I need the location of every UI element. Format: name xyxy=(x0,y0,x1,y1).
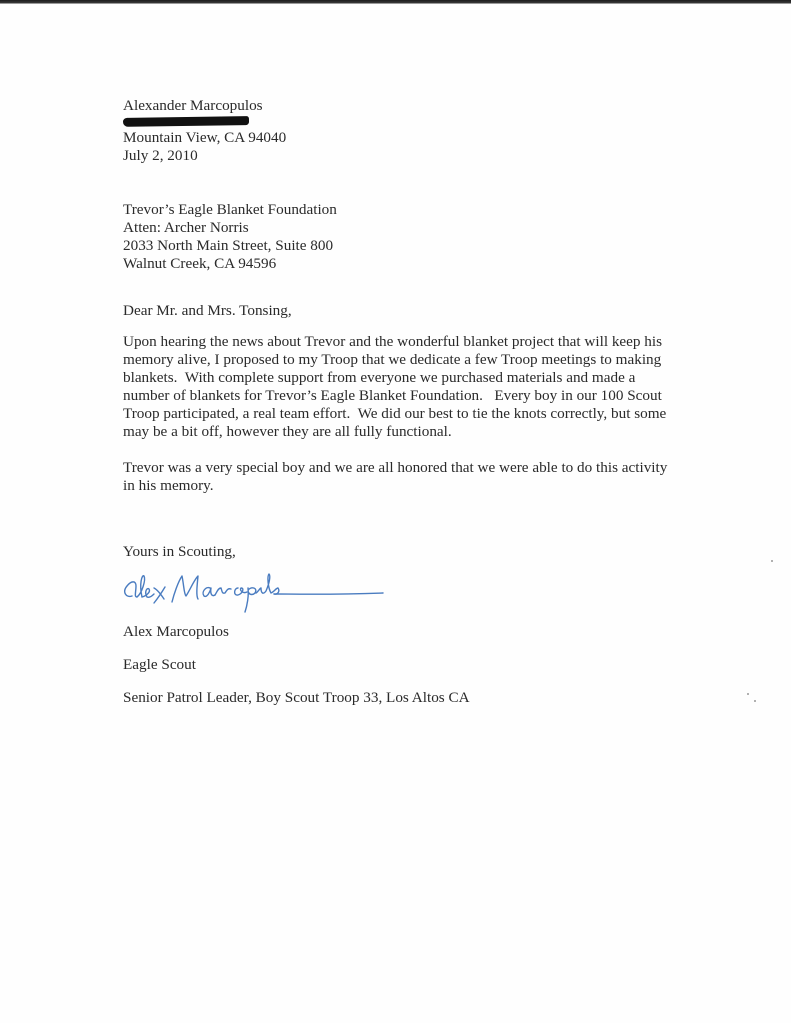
sender-address-block: Alexander Marcopulos Mountain View, CA 9… xyxy=(123,97,286,165)
paragraph-line: memory alive, I proposed to my Troop tha… xyxy=(123,351,723,369)
paragraph-line: Upon hearing the news about Trevor and t… xyxy=(123,333,723,351)
paragraph-line: may be a bit off, however they are all f… xyxy=(123,423,723,441)
closing: Yours in Scouting, xyxy=(123,543,236,561)
sender-name: Alexander Marcopulos xyxy=(123,97,286,115)
paragraph-line: blankets. With complete support from eve… xyxy=(123,369,723,387)
recipient-attention: Atten: Archer Norris xyxy=(123,219,337,237)
body-paragraph-1: Upon hearing the news about Trevor and t… xyxy=(123,333,723,441)
scan-edge-shadow xyxy=(0,3,791,4)
salutation: Dear Mr. and Mrs. Tonsing, xyxy=(123,302,292,320)
scan-speck xyxy=(747,693,749,695)
paragraph-line: number of blankets for Trevor’s Eagle Bl… xyxy=(123,387,723,405)
redacted-street-address xyxy=(123,116,249,127)
letter-date: July 2, 2010 xyxy=(123,147,286,165)
signer-position: Senior Patrol Leader, Boy Scout Troop 33… xyxy=(123,689,470,707)
sender-city-state-zip: Mountain View, CA 94040 xyxy=(123,129,286,147)
paragraph-line: Troop participated, a real team effort. … xyxy=(123,405,723,423)
letter-page: Alexander Marcopulos Mountain View, CA 9… xyxy=(0,0,791,1023)
recipient-address-block: Trevor’s Eagle Blanket Foundation Atten:… xyxy=(123,201,337,273)
recipient-city-state-zip: Walnut Creek, CA 94596 xyxy=(123,255,337,273)
recipient-street: 2033 North Main Street, Suite 800 xyxy=(123,237,337,255)
signer-title: Eagle Scout xyxy=(123,656,196,674)
scan-speck xyxy=(771,560,773,562)
body-paragraph-2: Trevor was a very special boy and we are… xyxy=(123,459,723,495)
paragraph-line: in his memory. xyxy=(123,477,723,495)
paragraph-line: Trevor was a very special boy and we are… xyxy=(123,459,723,477)
handwritten-signature xyxy=(118,566,393,621)
recipient-organization: Trevor’s Eagle Blanket Foundation xyxy=(123,201,337,219)
signature-icon xyxy=(118,566,393,616)
scan-speck xyxy=(754,700,756,702)
signer-name: Alex Marcopulos xyxy=(123,623,229,641)
